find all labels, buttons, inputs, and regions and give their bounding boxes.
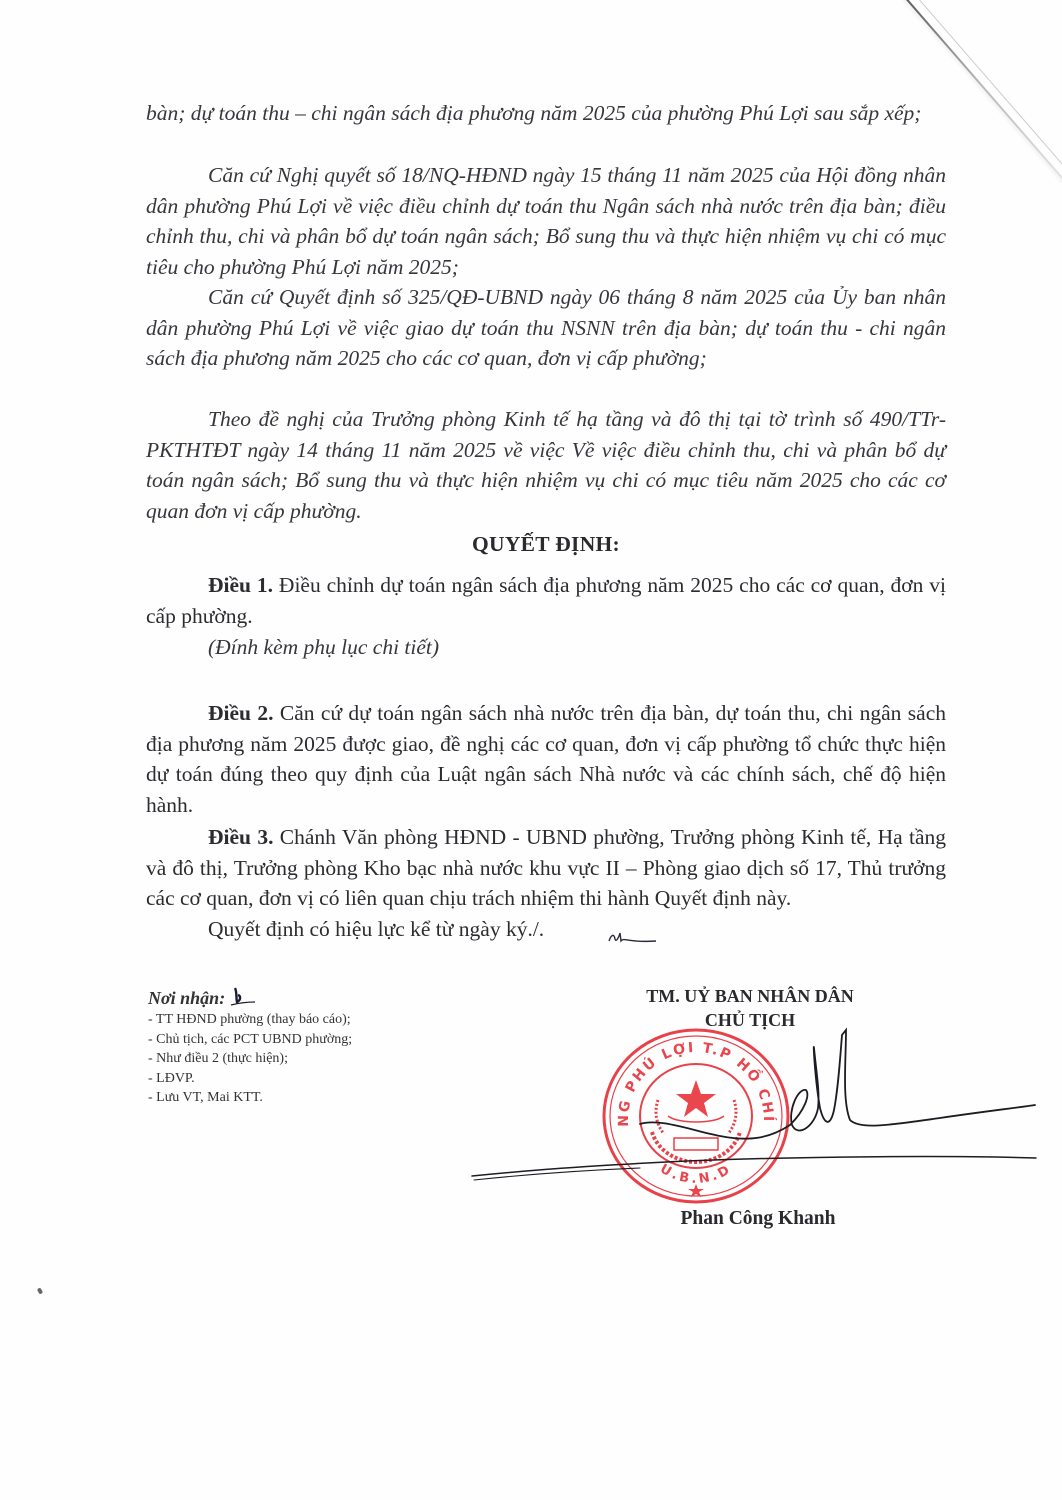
recipient-item: - Như điều 2 (thực hiện); bbox=[148, 1049, 352, 1069]
recipients-title: Nơi nhận: bbox=[148, 986, 352, 1010]
recipient-item: - TT HĐND phường (thay báo cáo); bbox=[148, 1010, 352, 1030]
preamble-nghi-quyet: Căn cứ Nghị quyết số 18/NQ-HĐND ngày 15 … bbox=[146, 160, 946, 282]
preamble-quyet-dinh-325: Căn cứ Quyết định số 325/QĐ-UBND ngày 06… bbox=[146, 282, 946, 374]
recipient-count-mark-icon bbox=[227, 986, 257, 1008]
effective-text: Quyết định có hiệu lực kể từ ngày ký./. bbox=[208, 917, 544, 941]
article-2-label: Điều 2. bbox=[208, 701, 274, 725]
effective-clause: Quyết định có hiệu lực kể từ ngày ký./. bbox=[146, 914, 946, 945]
recipients-block: Nơi nhận: - TT HĐND phường (thay báo cáo… bbox=[148, 986, 352, 1108]
article-1: Điều 1. Điều chỉnh dự toán ngân sách địa… bbox=[146, 570, 946, 631]
article-3-label: Điều 3. bbox=[208, 825, 273, 849]
initial-mark-icon bbox=[544, 925, 596, 945]
article-1-label: Điều 1. bbox=[208, 573, 273, 597]
scan-speck bbox=[37, 1287, 43, 1294]
decision-heading: QUYẾT ĐỊNH: bbox=[146, 532, 946, 557]
recipient-item: - LĐVP. bbox=[148, 1069, 352, 1089]
preamble-continued: bàn; dự toán thu – chi ngân sách địa phư… bbox=[146, 98, 946, 129]
preamble-to-trinh: Theo đề nghị của Trưởng phòng Kinh tế hạ… bbox=[146, 404, 946, 526]
recipient-item: - Chủ tịch, các PCT UBND phường; bbox=[148, 1030, 352, 1050]
article-3: Điều 3. Chánh Văn phòng HĐND - UBND phườ… bbox=[146, 822, 946, 914]
attachment-note: (Đính kèm phụ lục chi tiết) bbox=[146, 632, 946, 663]
article-2: Điều 2. Căn cứ dự toán ngân sách nhà nướ… bbox=[146, 698, 946, 820]
handwritten-signature-icon bbox=[470, 990, 1040, 1200]
recipient-item: - Lưu VT, Mai KTT. bbox=[148, 1088, 352, 1108]
signer-name: Phan Công Khanh bbox=[600, 1208, 916, 1230]
